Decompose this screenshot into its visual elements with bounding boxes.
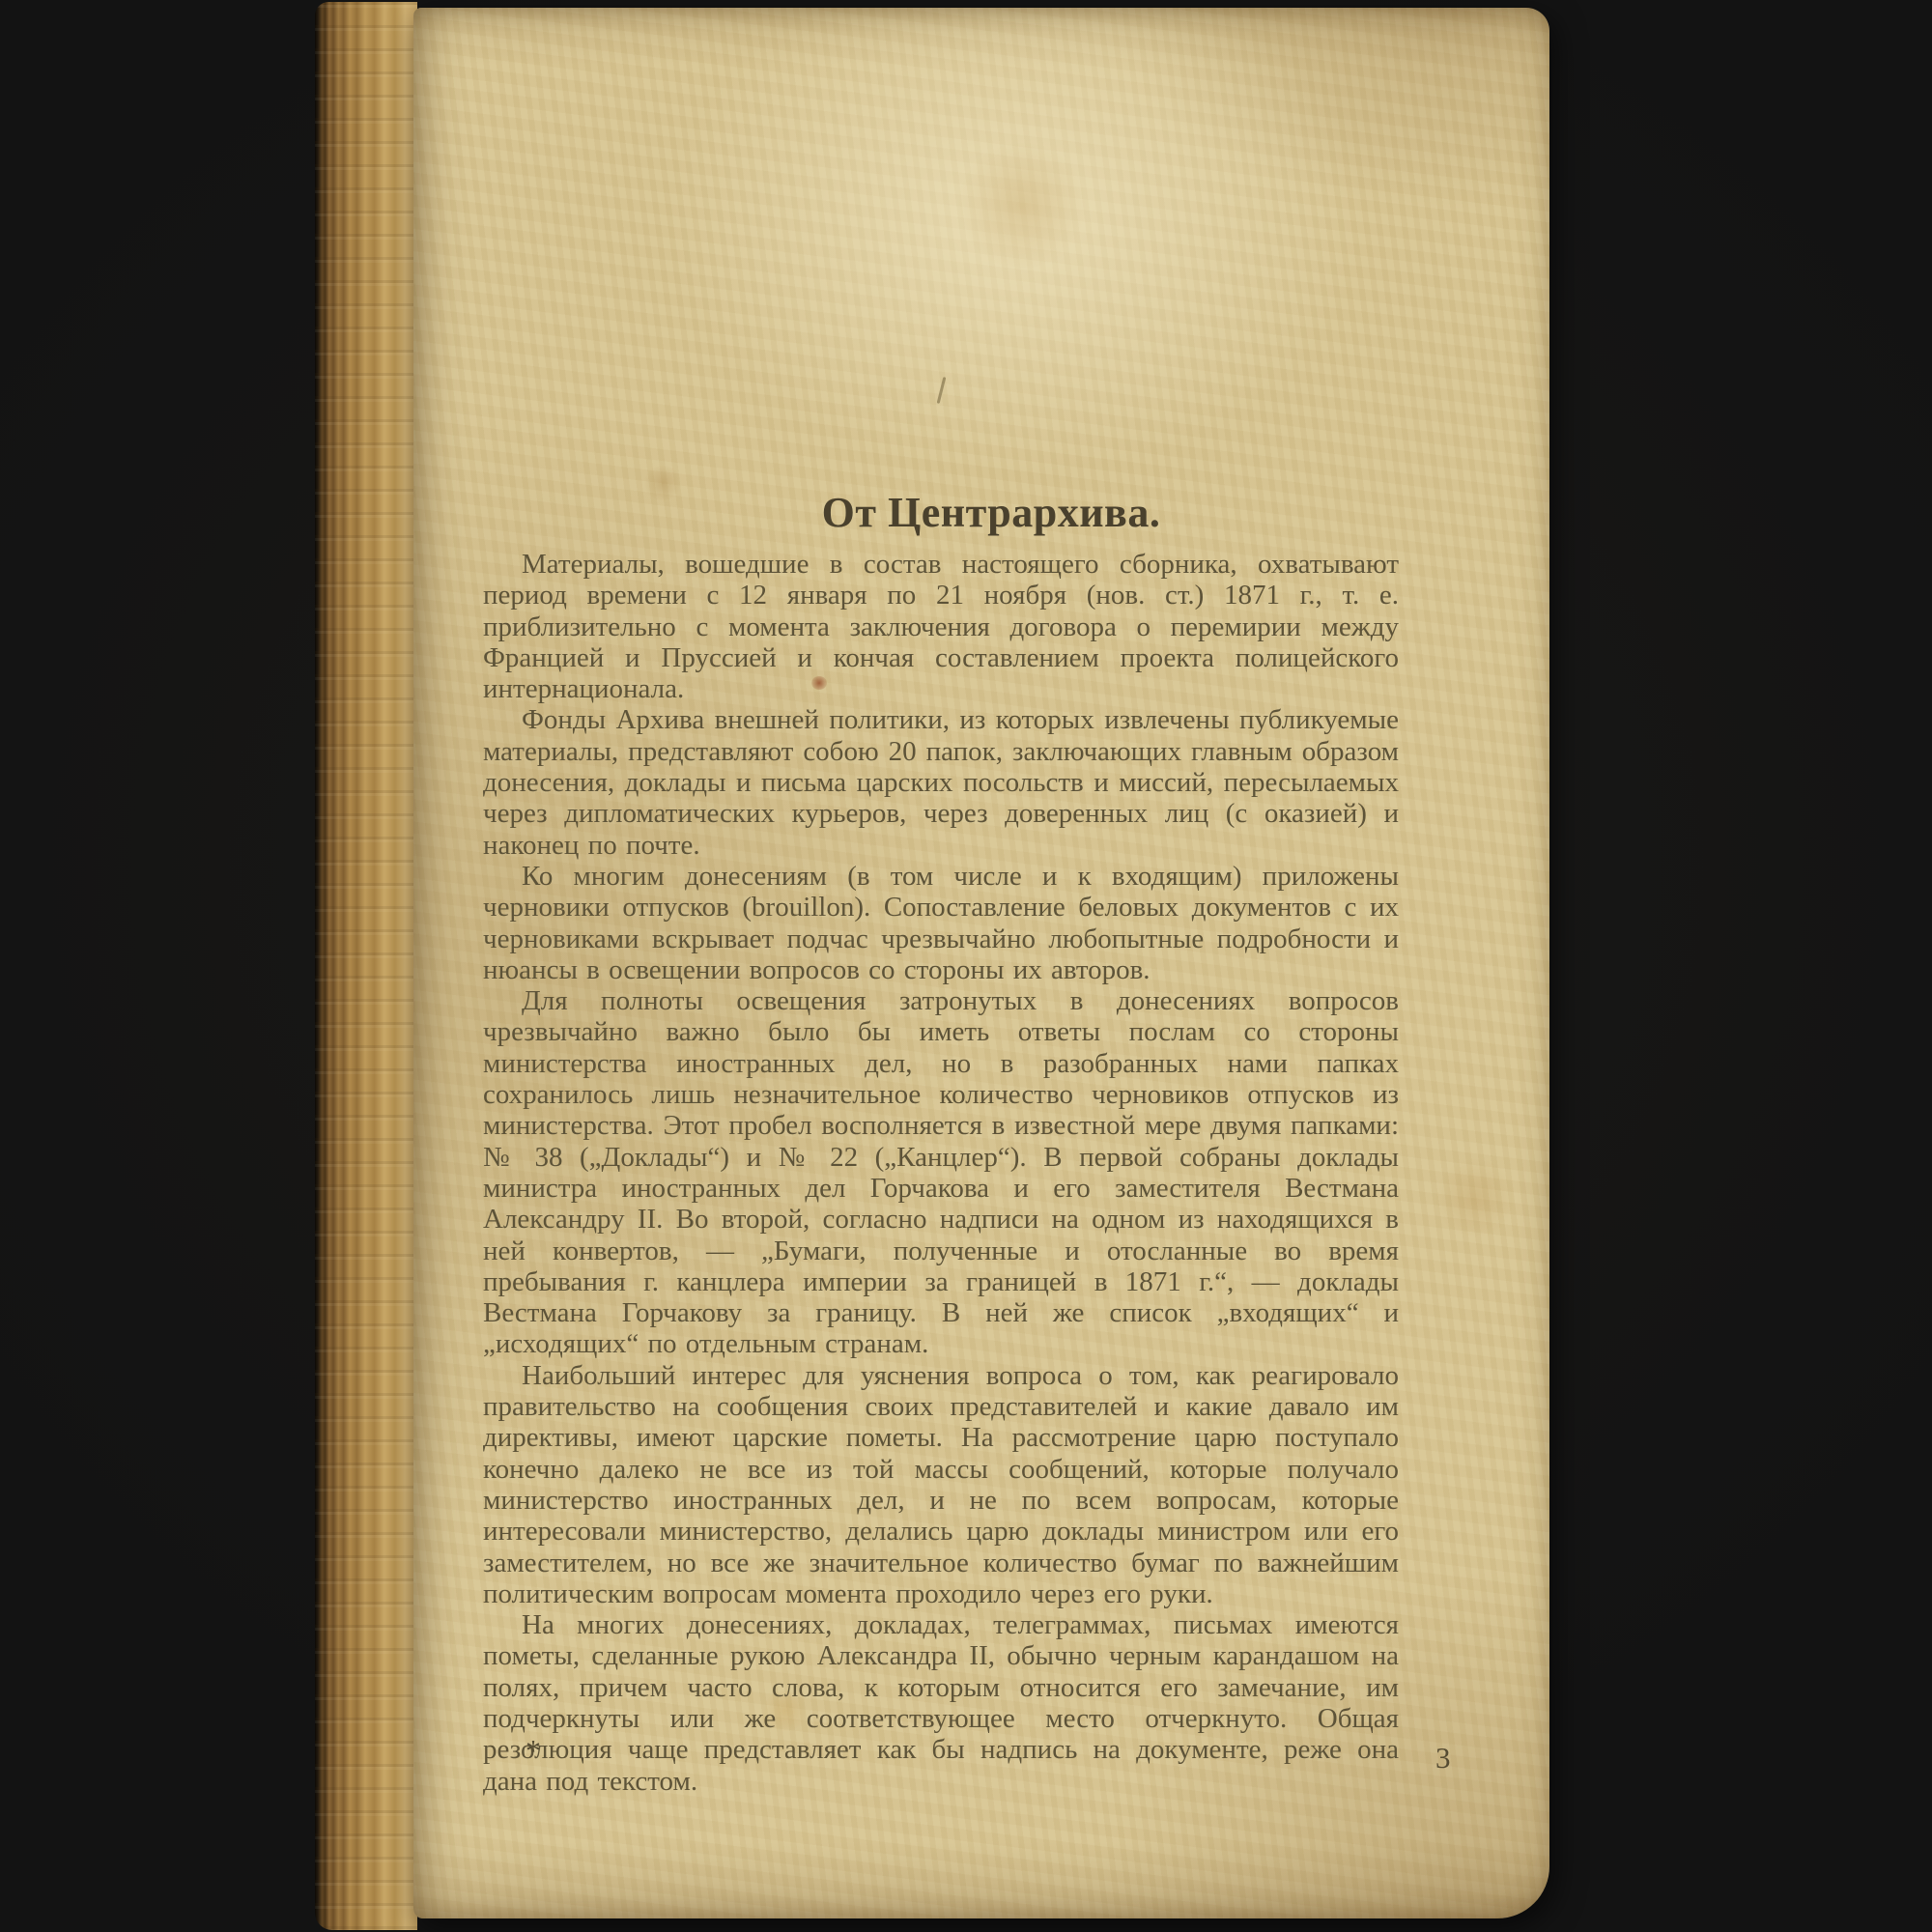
paragraph: Ко многим донесениям (в том числе и к вх…: [483, 861, 1399, 985]
footnote-asterisk: *: [526, 1733, 541, 1769]
page-content: От Центрархива. Материалы, вошедшие в со…: [483, 489, 1399, 1797]
page-number: 3: [1435, 1741, 1451, 1776]
book-page: От Центрархива. Материалы, вошедшие в со…: [413, 8, 1549, 1918]
page-body: Материалы, вошедшие в состав настоящего …: [483, 549, 1399, 1797]
paragraph: На многих донесениях, докладах, телеграм…: [483, 1609, 1399, 1797]
paragraph: Материалы, вошедшие в состав настоящего …: [483, 549, 1399, 704]
paper-stain: [1434, 1159, 1517, 1236]
paragraph: Для полноты освещения затронутых в донес…: [483, 985, 1399, 1360]
paragraph: Наибольший интерес для уяснения вопроса …: [483, 1360, 1399, 1609]
page-title: От Центрархива.: [483, 489, 1399, 537]
photo-background: От Центрархива. Материалы, вошедшие в со…: [0, 0, 1932, 1932]
pen-mark: [937, 377, 947, 404]
paper-stain: [954, 143, 1090, 269]
paragraph: Фонды Архива внешней политики, из которы…: [483, 704, 1399, 860]
book-fore-edge-stack: [315, 2, 417, 1930]
